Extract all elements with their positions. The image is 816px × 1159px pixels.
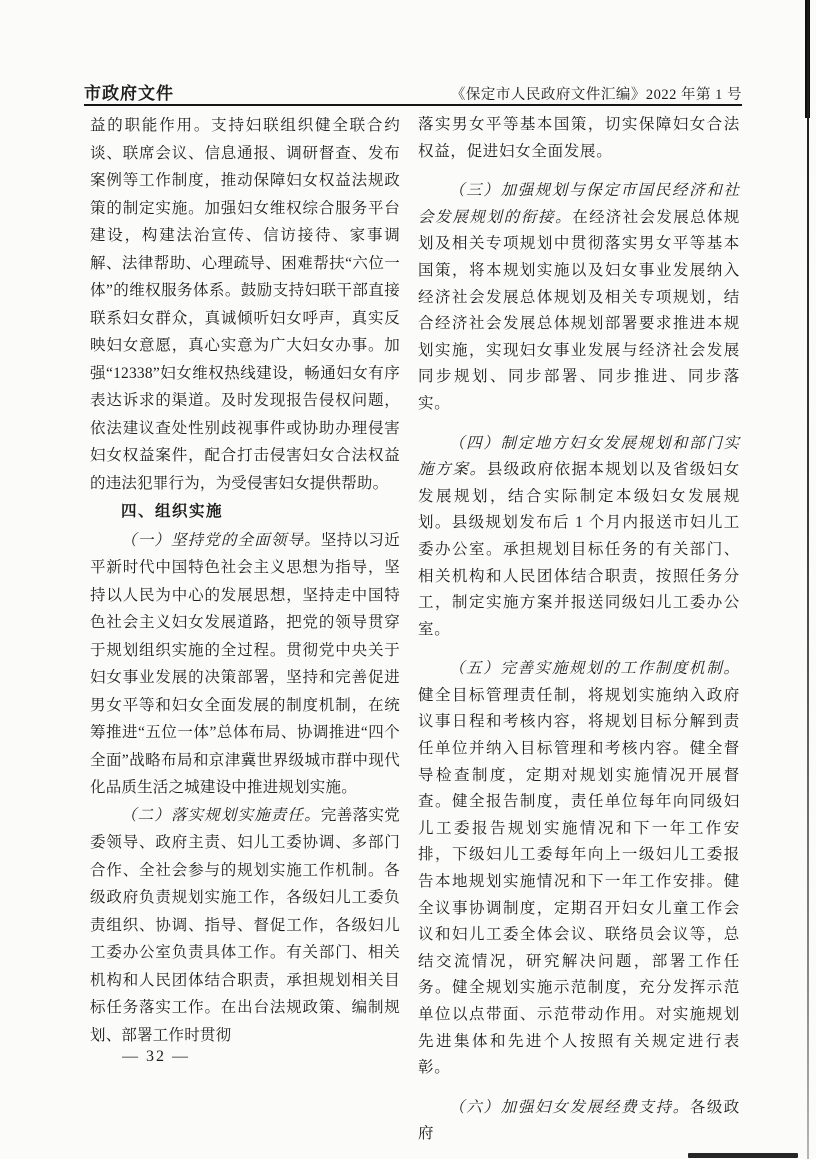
paragraph: （一）坚持党的全面领导。坚持以习近平新时代中国特色社会主义思想为指导，坚持以人民…	[90, 527, 400, 802]
paragraph: 落实男女平等基本国策，切实保障妇女合法权益，促进妇女全面发展。	[418, 112, 740, 165]
page-number: — 32 —	[122, 1048, 190, 1066]
section-heading: 四、组织实施	[90, 498, 400, 526]
paragraph-lead: （四）制定地方妇女发展规划和部门实施方案。	[418, 435, 740, 479]
paragraph: （三）加强规划与保定市国民经济和社会发展规划的衔接。在经济社会发展总体规划及相关…	[418, 178, 740, 417]
paragraph: 益的职能作用。支持妇联组织健全联合约谈、联席会议、信息通报、调研督查、发布案例等…	[90, 112, 400, 497]
header-rule	[84, 104, 742, 106]
paragraph-lead: （五）完善实施规划的工作制度机制。	[449, 660, 740, 677]
page-header: 市政府文件 《保定市人民政府文件汇编》2022 年第 1 号	[84, 74, 742, 104]
paragraph-lead: （二）落实规划实施责任。	[121, 807, 321, 824]
paragraph-lead: （六）加强妇女发展经费支持。	[449, 1099, 690, 1116]
header-doc-category: 市政府文件	[84, 79, 174, 104]
text-column-right: 落实男女平等基本国策，切实保障妇女合法权益，促进妇女全面发展。（三）加强规划与保…	[418, 112, 740, 1148]
paragraph: （六）加强妇女发展经费支持。各级政府	[418, 1095, 740, 1148]
scan-artifact-edge-bottom	[688, 1153, 798, 1158]
paragraph: （四）制定地方妇女发展规划和部门实施方案。县级政府依据本规划以及省级妇女发展规划…	[418, 431, 740, 644]
paragraph-lead: （三）加强规划与保定市国民经济和社会发展规划的衔接。	[418, 182, 740, 226]
paragraph: （二）落实规划实施责任。完善落实党委领导、政府主责、妇儿工委协调、多部门合作、全…	[90, 802, 400, 1050]
text-column-left: 益的职能作用。支持妇联组织健全联合约谈、联席会议、信息通报、调研督查、发布案例等…	[90, 112, 400, 1148]
paragraph: （五）完善实施规划的工作制度机制。健全目标管理责任制，将规划实施纳入政府议事日程…	[418, 656, 740, 1082]
header-compilation-title: 《保定市人民政府文件汇编》2022 年第 1 号	[451, 83, 742, 104]
scan-artifact-edge-line	[807, 0, 809, 1159]
two-column-text: 益的职能作用。支持妇联组织健全联合约谈、联席会议、信息通报、调研督查、发布案例等…	[90, 112, 740, 1148]
paragraph-lead: （一）坚持党的全面领导。	[121, 532, 321, 549]
scanned-document-page: 市政府文件 《保定市人民政府文件汇编》2022 年第 1 号 益的职能作用。支持…	[0, 0, 816, 1159]
